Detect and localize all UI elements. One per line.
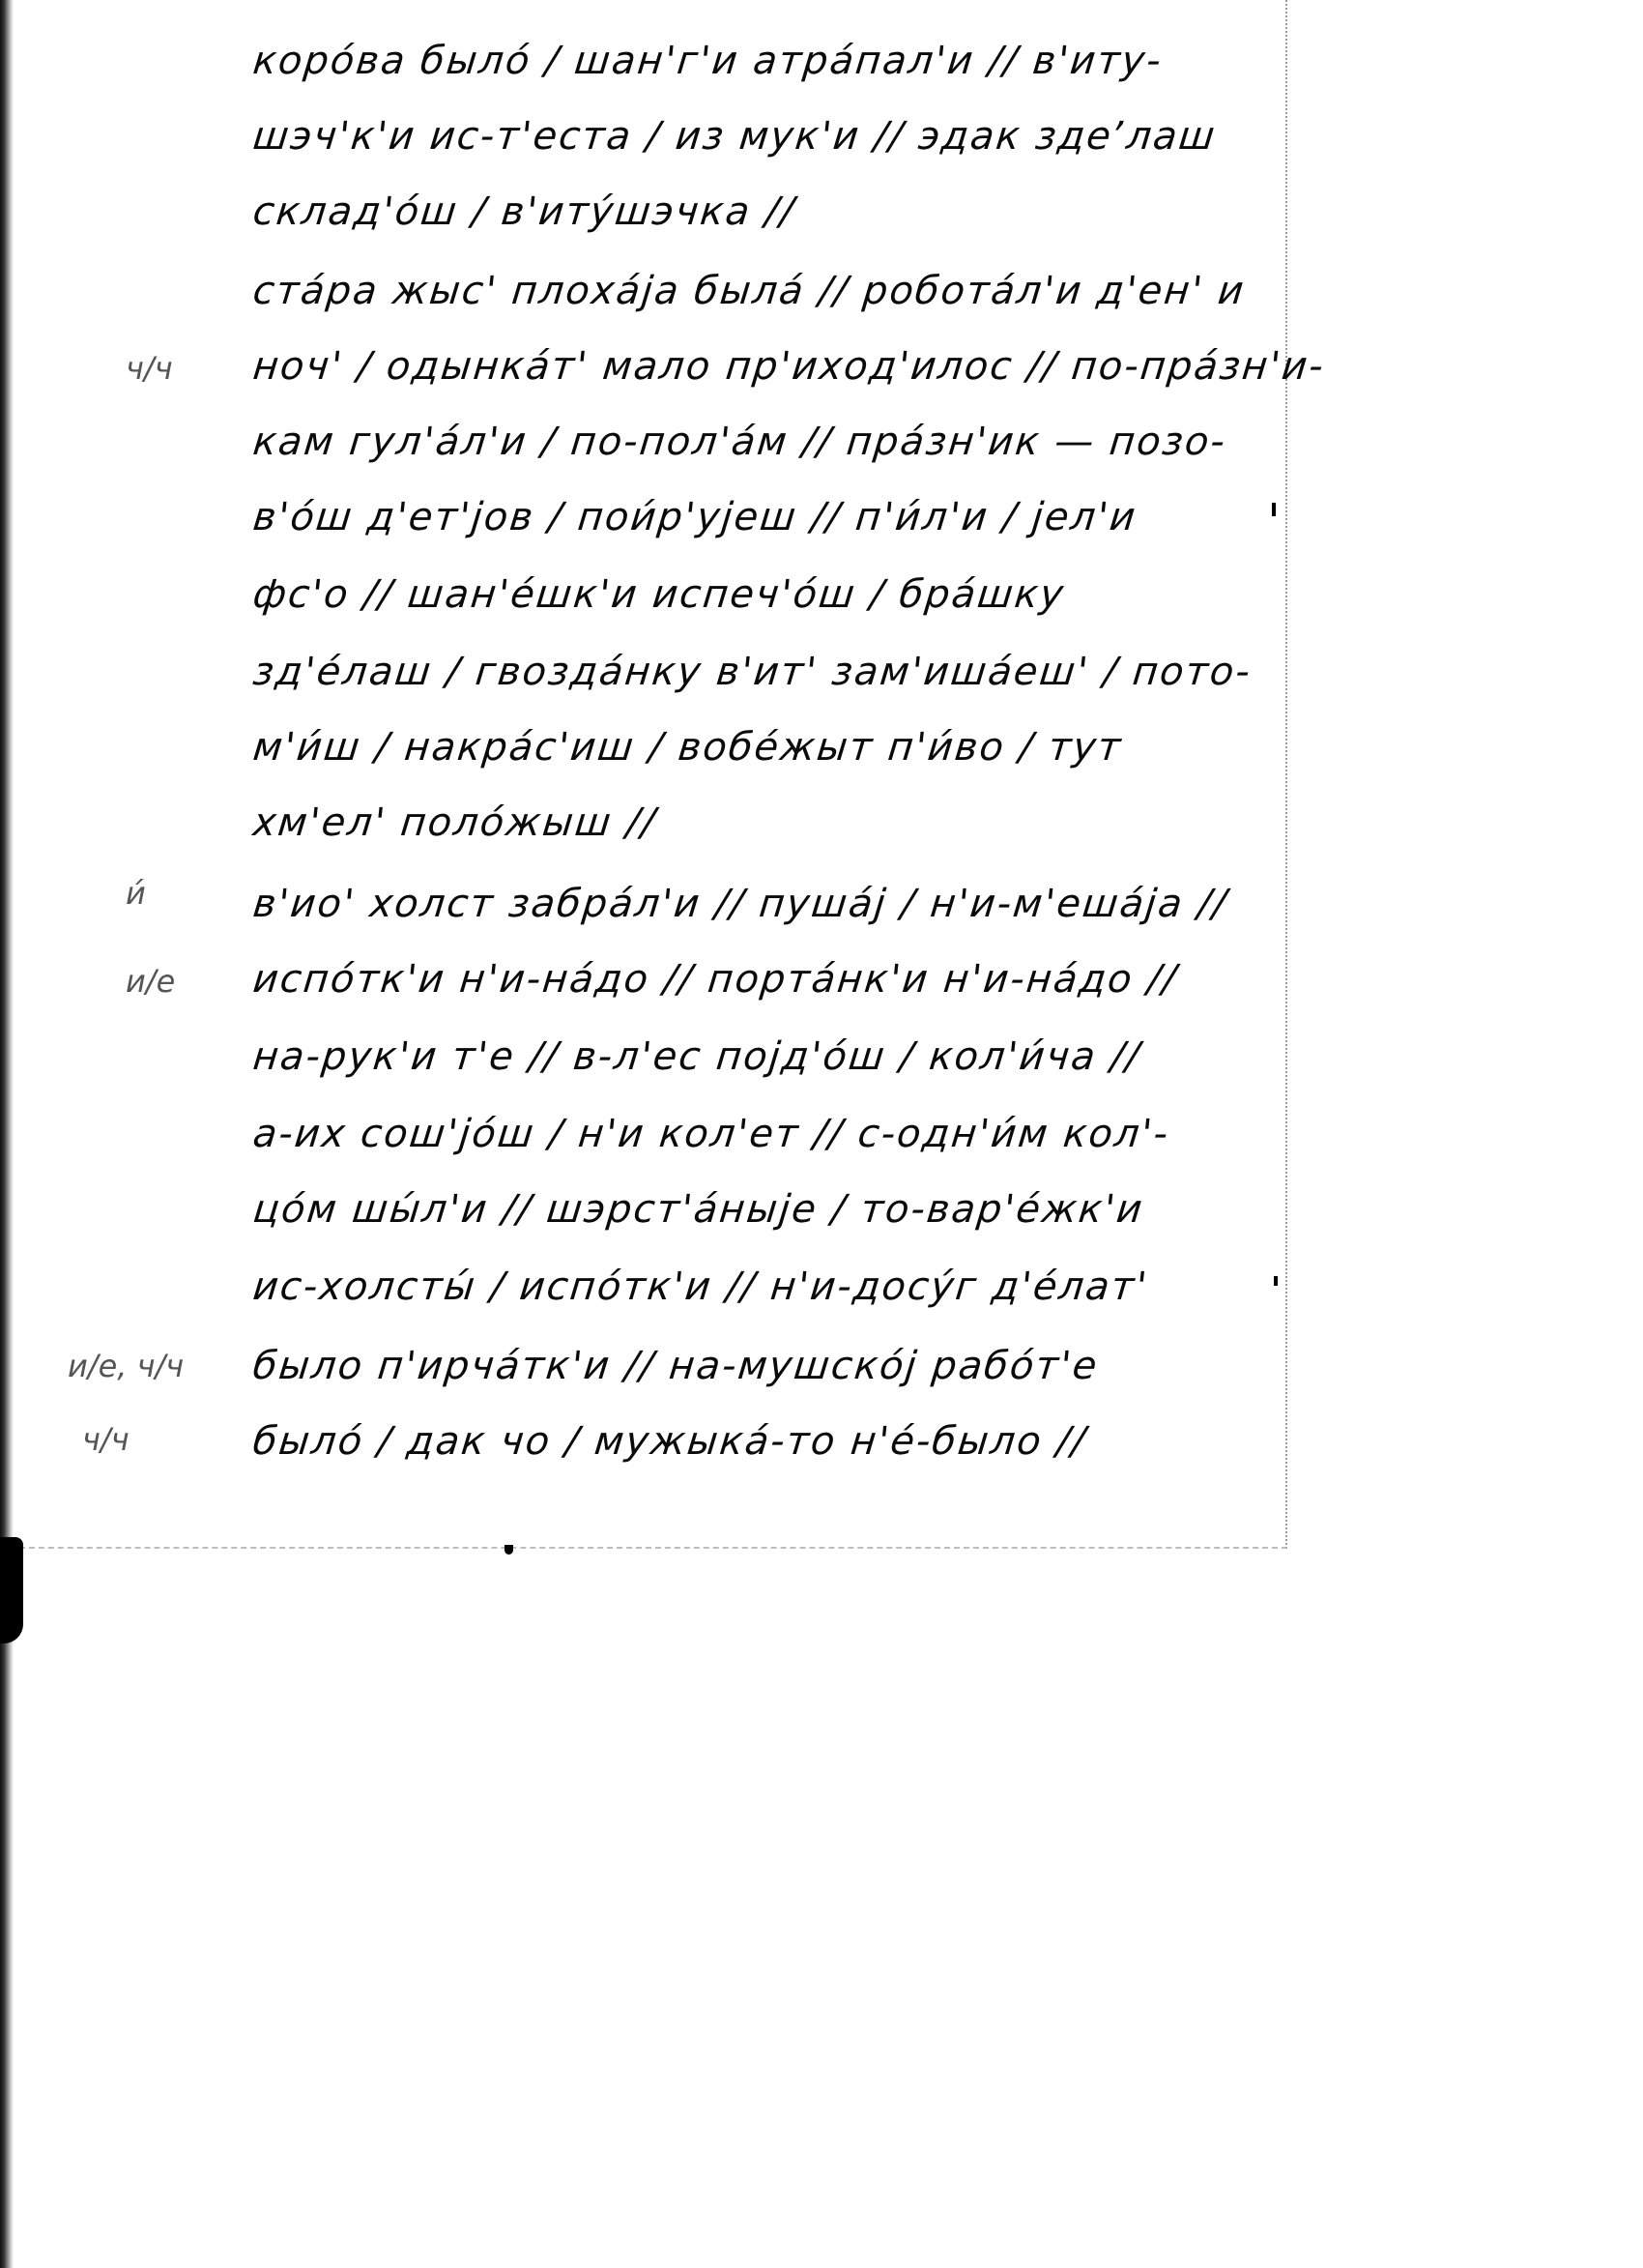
text-line: в'ио' холст забра́л'и // пуша́ј / н'и-м'…: [251, 882, 1230, 926]
margin-note: и/е, ч/ч: [68, 1348, 184, 1384]
text-line: шэч'к'и ис-т'еста / из мук'и // эдак зде…: [251, 114, 1219, 159]
scan-speck: [504, 1545, 513, 1555]
text-line: ис-холсты́ / испо́тк'и // н'и-досу́г д'е…: [251, 1265, 1151, 1309]
scan-speck: [1274, 1276, 1278, 1286]
text-line: на-рук'и т'е // в-л'ес појд'о́ш / кол'и́…: [251, 1034, 1143, 1079]
text-line: коро́ва было́ / шан'г'и атра́пал'и // в'…: [251, 39, 1166, 83]
text-line: ноч' / одынка́т' мало пр'иход'илос // по…: [251, 344, 1328, 389]
text-line: было п'ирча́тк'и // на-мушско́ј рабо́т'е: [251, 1344, 1101, 1388]
text-line: зд'е́лаш / гвозда́нку в'ит' зам'иша́еш' …: [251, 650, 1254, 694]
text-line: а-их сош'јо́ш / н'и кол'ет // с-одн'и́м …: [251, 1112, 1172, 1156]
scan-binding-mark: [0, 1537, 23, 1643]
text-line: м'и́ш / накра́с'иш / вобе́жыт п'и́во / т…: [251, 725, 1125, 770]
margin-note: ч/ч: [82, 1421, 130, 1458]
margin-note: ч/ч: [126, 350, 173, 387]
text-line: ста́ра жыс' плоха́ја была́ // робота́л'и…: [251, 269, 1248, 313]
text-line: склад'о́ш / в'иту́шэчка //: [251, 189, 798, 234]
margin-note: и́: [126, 875, 146, 912]
text-line: фс'о // шан'е́шк'и испеч'о́ш / бра́шку: [251, 572, 1068, 617]
margin-note: и/е: [126, 963, 175, 1000]
text-line: в'о́ш д'ет'јов / пои́р'ујеш // п'и́л'и /…: [251, 495, 1139, 539]
text-line: цо́м шы́л'и // шэрст'а́ныје / то-вар'е́ж…: [251, 1187, 1146, 1232]
scan-speck: [1272, 503, 1276, 516]
scan-left-edge-shadow: [0, 0, 14, 2268]
text-line: было́ / дак чо / мужыка́-то н'е́-было //: [251, 1419, 1089, 1464]
text-line: кам гул'а́л'и / по-пол'а́м // пра́зн'ик …: [251, 420, 1229, 464]
text-line: хм'ел' поло́жыш //: [251, 800, 659, 845]
text-line: испо́тк'и н'и-на́до // порта́нк'и н'и-на…: [251, 957, 1180, 1002]
